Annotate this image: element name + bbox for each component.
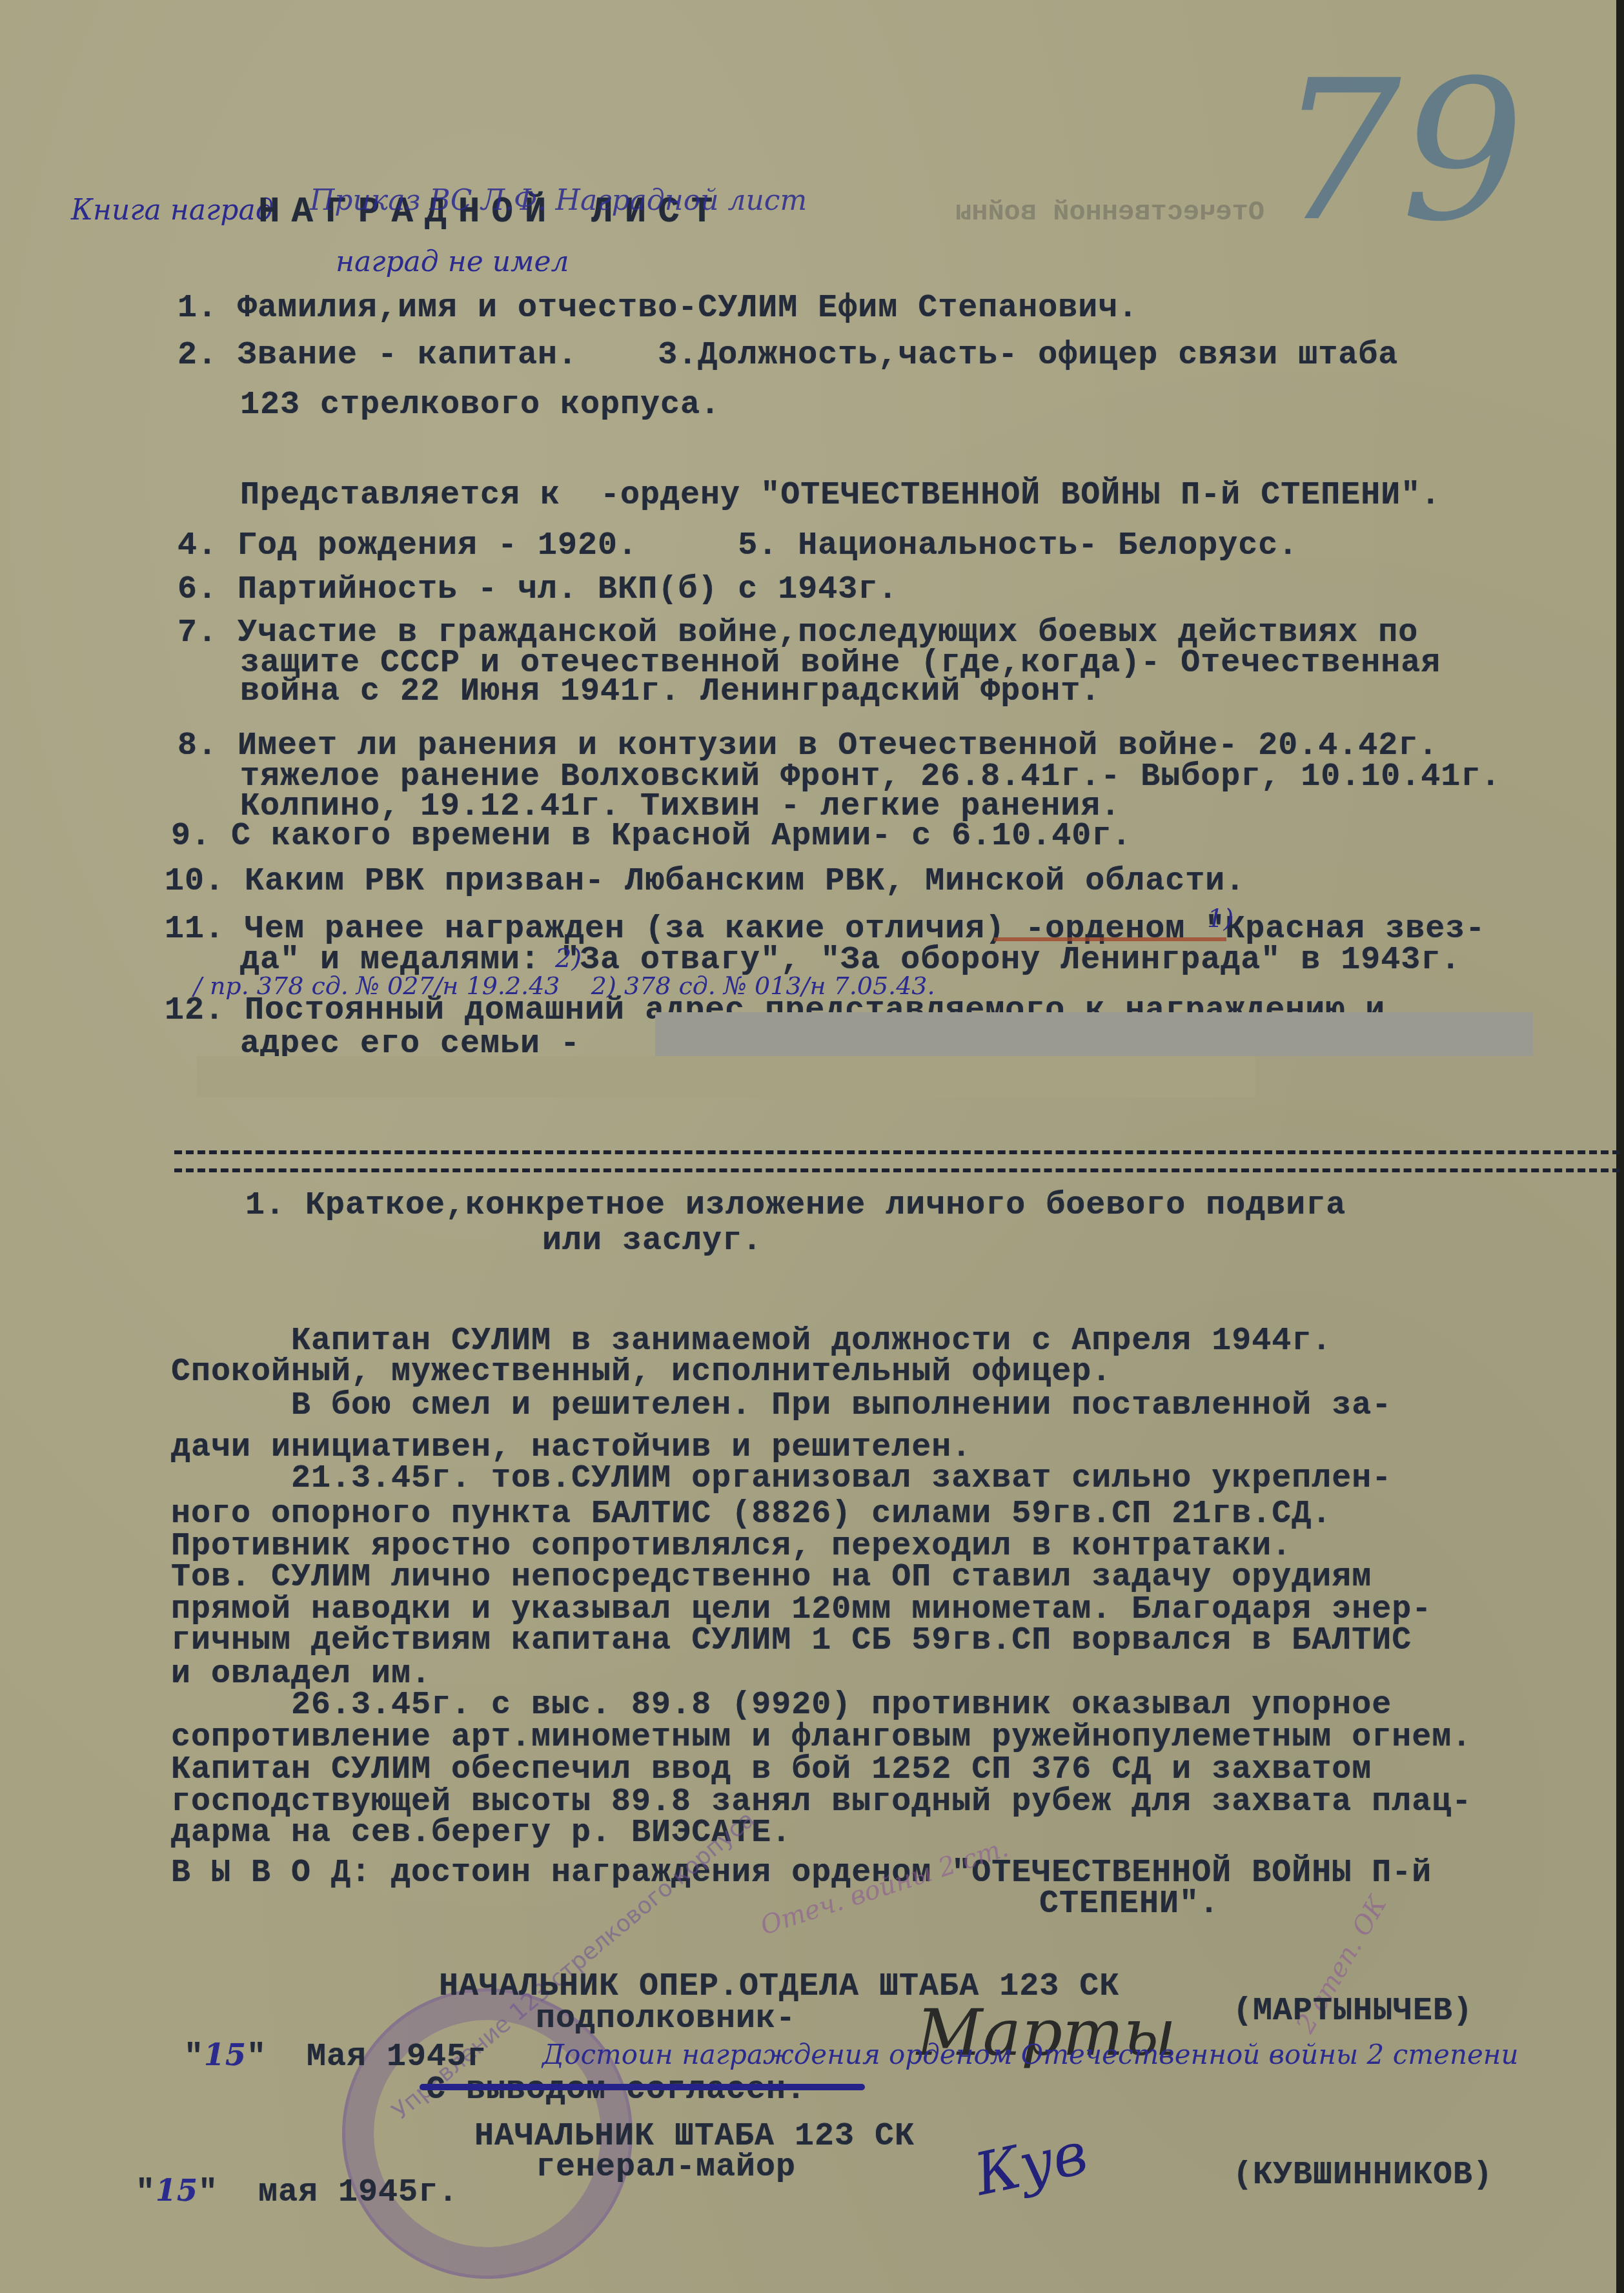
header-handwritten-left: Книга наград — [71, 194, 274, 227]
field-num: 9. — [171, 818, 211, 855]
red-pencil-underline — [994, 937, 1226, 941]
header-handwritten-below-title: наград не имел — [336, 245, 569, 278]
signatory1-name: (МАРТЫНЫЧЕВ) — [1233, 1993, 1473, 2030]
header-handwritten-over-title: Приказ ВС Л.Ф. Наградной лист — [310, 184, 807, 217]
narrative-line: Капитан СУЛИМ обеспечил ввод в бой 1252 … — [171, 1752, 1372, 1788]
narrative-line: сопротивление арт.минометным и фланговым… — [171, 1720, 1472, 1756]
item11-mark-2: 2) — [555, 944, 582, 973]
field-birth-nationality: Год рождения - 1920. 5. Национальность- … — [238, 527, 1298, 564]
narrative-line: 26.3.45г. с выс. 89.8 (9920) противник о… — [171, 1687, 1392, 1724]
item11-mark-1: 1) — [1207, 904, 1233, 933]
field-army-since: С какого времени в Красной Армии- с 6.10… — [231, 818, 1132, 855]
date2-day: 15 — [156, 2173, 198, 2208]
redacted-address-block — [655, 1012, 1533, 1056]
field-num: 7. — [178, 615, 218, 651]
mirror-bleed-text: Отечественной войны — [955, 197, 1264, 228]
field-unit: 123 стрелкового корпуса. — [240, 387, 720, 423]
signatory2-name: (КУВШИННИКОВ) — [1233, 2157, 1493, 2194]
field-num: 10. — [165, 863, 225, 900]
field-num: 4. — [178, 527, 218, 564]
handwritten-resolution: Достоин награждения орденом Отечественно… — [542, 2039, 1519, 2070]
page-number-pencil: 79 — [1278, 39, 1525, 264]
conclusion-line-cont: СТЕПЕНИ". — [1039, 1886, 1219, 1922]
field-num: 6. — [178, 571, 218, 608]
date1-day: 15 — [204, 2037, 247, 2072]
field-num: 8. — [178, 728, 218, 764]
field-war-participation-cont2: война с 22 Июня 1941г. Ленинградский Фро… — [240, 674, 1101, 710]
narrative-line: Спокойный, мужественный, исполнительный … — [171, 1354, 1111, 1391]
section2-heading-cont: или заслуг. — [542, 1223, 762, 1259]
field-rank-position: Звание - капитан. 3.Должность,часть- офи… — [238, 337, 1398, 374]
date1-rest: Мая 1945г — [307, 2039, 487, 2075]
field-num: 2. — [178, 337, 218, 374]
section2-heading: 1. Краткое,конкретное изложение личного … — [245, 1188, 1346, 1224]
field-num: 11. — [165, 911, 225, 948]
narrative-line: 21.3.45г. тов.СУЛИМ организовал захват с… — [171, 1461, 1392, 1497]
page-edge — [1616, 0, 1624, 2293]
signatory1-rank: подполковник- — [536, 2001, 796, 2037]
field-award-nominated: Представляется к -ордену "ОТЕЧЕСТВЕННОЙ … — [240, 478, 1441, 514]
field-conscription: Каким РВК призван- Любанским РВК, Минско… — [245, 863, 1245, 900]
strikethrough-line — [420, 2084, 865, 2090]
section-divider — [174, 1150, 1620, 1172]
field-num: 1. — [178, 290, 218, 327]
date2-rest: мая 1945г. — [258, 2174, 458, 2211]
narrative-line: ного опорного пункта БАЛТИС (8826) силам… — [171, 1496, 1332, 1533]
item11-order-note: / пр. 378 сд. № 027/н 19.2.43 2) 378 сд.… — [194, 972, 935, 1000]
narrative-line: В бою смел и решителен. При выполнении п… — [171, 1388, 1392, 1424]
field-party: Партийность - чл. ВКП(б) с 1943г. — [238, 571, 898, 608]
conclusion-line: В Ы В О Д: достоин награждения орденом "… — [171, 1855, 1432, 1891]
signatory2-rank: генерал-майор — [536, 2150, 796, 2186]
narrative-line: Тов. СУЛИМ лично непосредственно на ОП с… — [171, 1560, 1372, 1596]
struck-text: С выводом согласен. — [426, 2072, 806, 2108]
narrative-line: гичным действиям капитана СУЛИМ 1 СБ 59г… — [171, 1623, 1412, 1659]
field-full-name: Фамилия,имя и отчество-СУЛИМ Ефим Степан… — [238, 290, 1138, 327]
redacted-address-block-2 — [197, 1056, 1255, 1097]
